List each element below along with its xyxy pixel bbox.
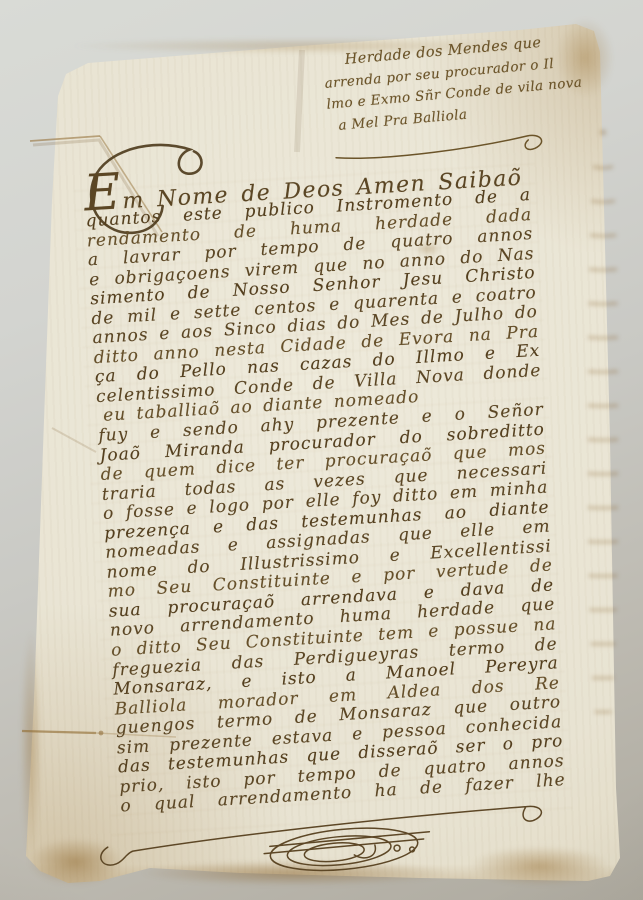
manuscript-body-text: Em Nome de Deos Amen Saibaõquantos este … (83, 148, 566, 817)
photo-backdrop: Herdade dos Mendes quearrenda por seu pr… (0, 0, 643, 900)
